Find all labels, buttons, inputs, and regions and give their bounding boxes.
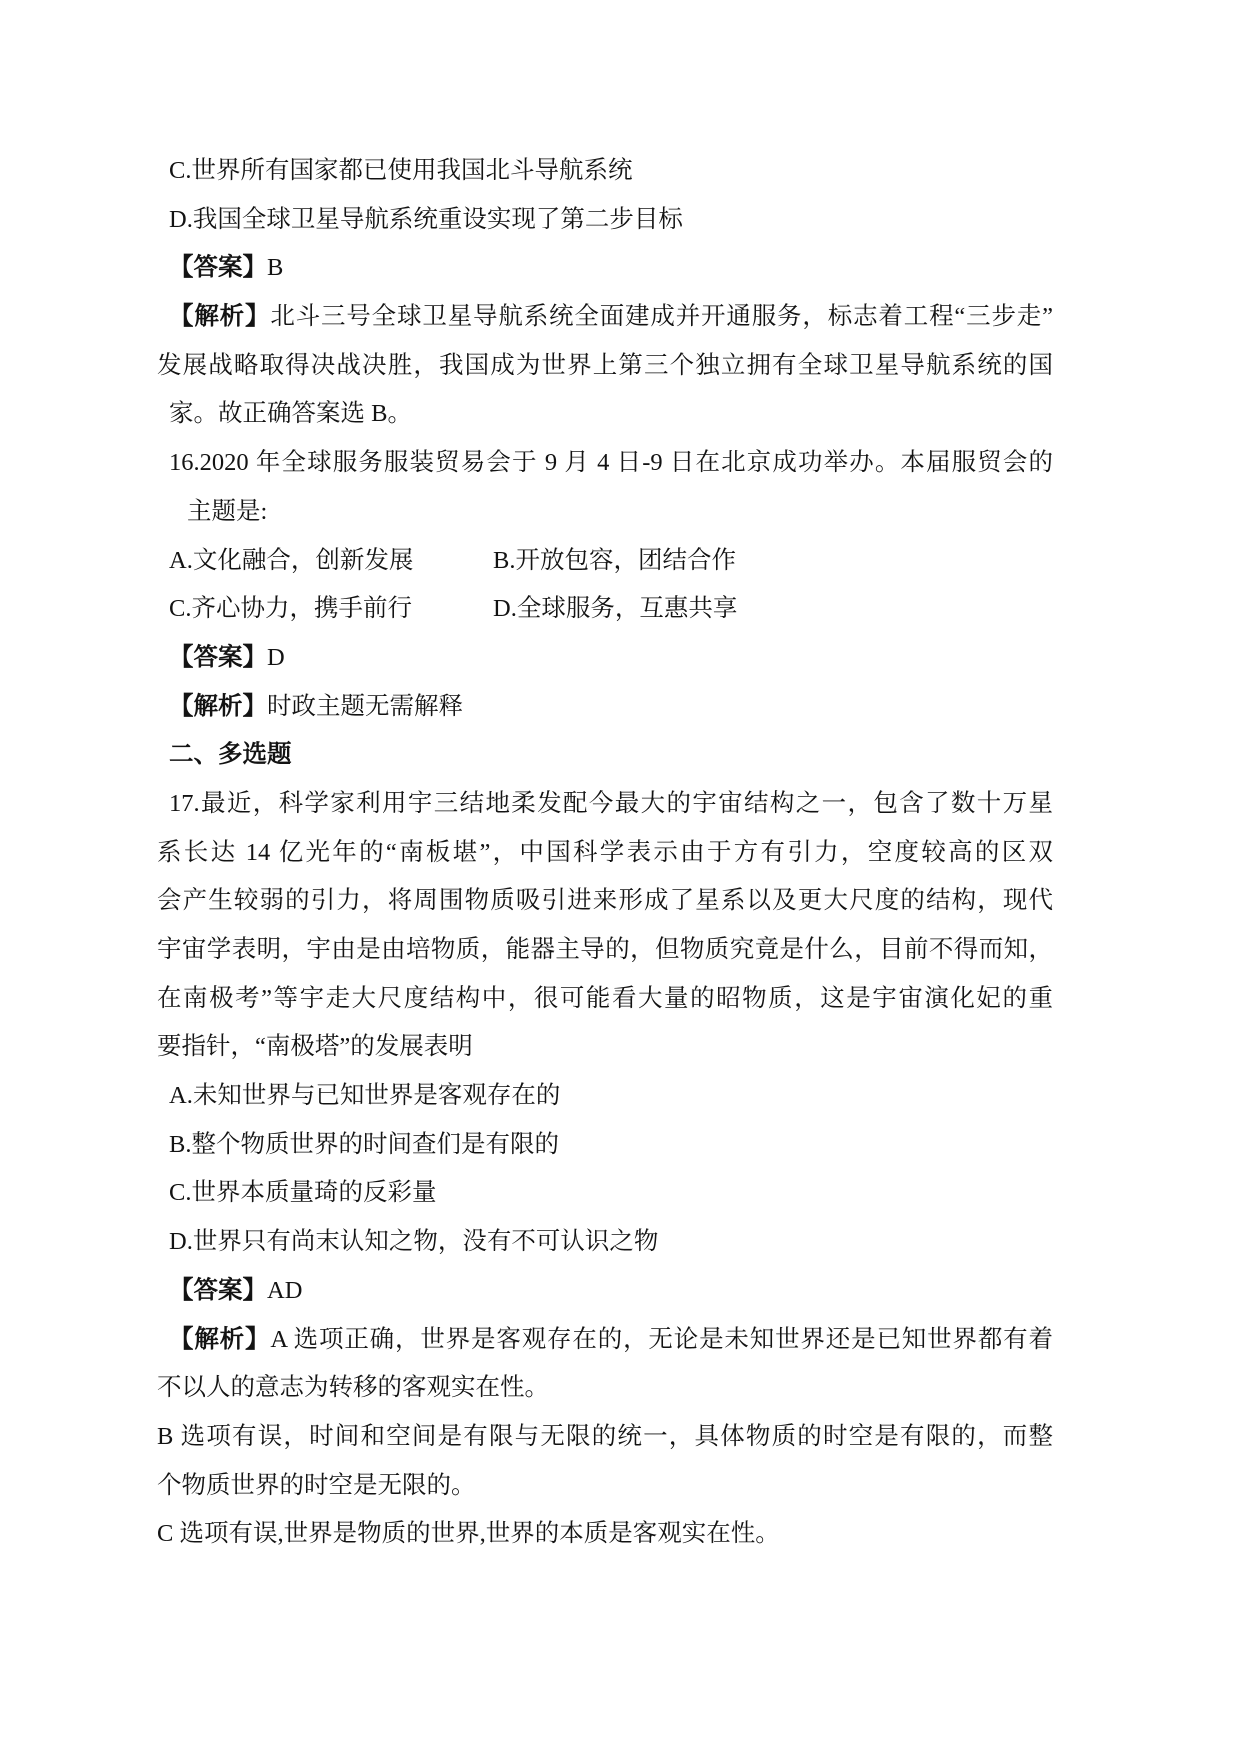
answer-label: 【答案】 [169,254,267,281]
question-text-line: 要指针，“南极塔”的发展表明 [157,1023,1053,1072]
analysis-text: A 选项正确，世界是客观存在的，无论是未知世界还是已知世界都有着 [270,1326,1053,1353]
document-content: C.世界所有国家都已使用我国北斗导航系统 D.我国全球卫星导航系统重设实现了第二… [157,147,1053,1559]
option-line: B.整个物质世界的时间查们是有限的 [157,1121,1053,1170]
answer-label: 【答案】 [169,644,267,671]
options-row: C.齐心协力，携手前行D.全球服务，互惠共享 [157,585,1053,634]
option-line: C.世界本质量琦的反彩量 [157,1169,1053,1218]
options-row: A.文化融合，创新发展B.开放包容，团结合作 [157,537,1053,586]
option-col1: C.齐心协力，携手前行 [169,585,493,634]
analysis-line: 【解析】A 选项正确，世界是客观存在的，无论是未知世界还是已知世界都有着 [157,1316,1053,1365]
document-page: C.世界所有国家都已使用我国北斗导航系统 D.我国全球卫星导航系统重设实现了第二… [0,0,1241,1754]
analysis-text-line: 不以人的意志为转移的客观实在性。 [157,1364,1053,1413]
option-line: C.世界所有国家都已使用我国北斗导航系统 [157,147,1053,196]
analysis-text: 时政主题无需解释 [267,693,463,720]
analysis-text-line: B 选项有误，时间和空间是有限与无限的统一，具体物质的时空是有限的，而整 [157,1413,1053,1462]
option-line: D.我国全球卫星导航系统重设实现了第二步目标 [157,196,1053,245]
question-text-line: 系长达 14 亿光年的“南板堪”，中国科学表示由于方有引力，空度较高的区双 [157,829,1053,878]
option-col2: B.开放包容，团结合作 [493,547,736,574]
option-col1: A.文化融合，创新发展 [169,537,493,586]
analysis-label: 【解析】 [169,693,267,720]
question-text-line: 会产生较弱的引力，将周围物质吸引进来形成了星系以及更大尺度的结构，现代 [157,877,1053,926]
question-text-line: 17.最近，科学家利用宇三结地柔发配今最大的宇宙结构之一，包含了数十万星 [157,780,1053,829]
analysis-text-line: C 选项有误,世界是物质的世界,世界的本质是客观实在性。 [157,1510,1053,1559]
analysis-text: 北斗三号全球卫星导航系统全面建成并开通服务，标志着工程“三步走” [270,303,1053,330]
question-text-line: 在南极考”等宇走大尺度结构中，很可能看大量的昭物质，这是宇宙演化妃的重 [157,975,1053,1024]
analysis-label: 【解析】 [169,303,270,330]
analysis-line: 【解析】北斗三号全球卫星导航系统全面建成并开通服务，标志着工程“三步走” [157,293,1053,342]
analysis-label: 【解析】 [169,1326,270,1353]
question-text-line: 宇宙学表明，宇由是由培物质，能器主导的，但物质究竟是什么，目前不得而知， [157,926,1053,975]
question-text-line: 主题是: [157,488,1053,537]
answer-value: B [267,254,283,281]
answer-line: 【答案】AD [157,1267,1053,1316]
paragraph-line: 发展战略取得决战决胜，我国成为世界上第三个独立拥有全球卫星导航系统的国 [157,342,1053,391]
analysis-text-line: 个物质世界的时空是无限的。 [157,1462,1053,1511]
section-heading: 二、多选题 [157,731,1053,780]
paragraph-line: 家。故正确答案选 B。 [157,390,1053,439]
answer-line: 【答案】B [157,244,1053,293]
answer-value: AD [267,1277,302,1304]
answer-label: 【答案】 [169,1277,267,1304]
option-line: D.世界只有尚末认知之物，没有不可认识之物 [157,1218,1053,1267]
question-text-line: 16.2020 年全球服务服装贸易会于 9 月 4 日-9 日在北京成功举办。本… [157,439,1053,488]
option-col2: D.全球服务，互惠共享 [493,595,737,622]
analysis-line: 【解析】时政主题无需解释 [157,683,1053,732]
option-line: A.未知世界与已知世界是客观存在的 [157,1072,1053,1121]
answer-value: D [267,644,285,671]
answer-line: 【答案】D [157,634,1053,683]
